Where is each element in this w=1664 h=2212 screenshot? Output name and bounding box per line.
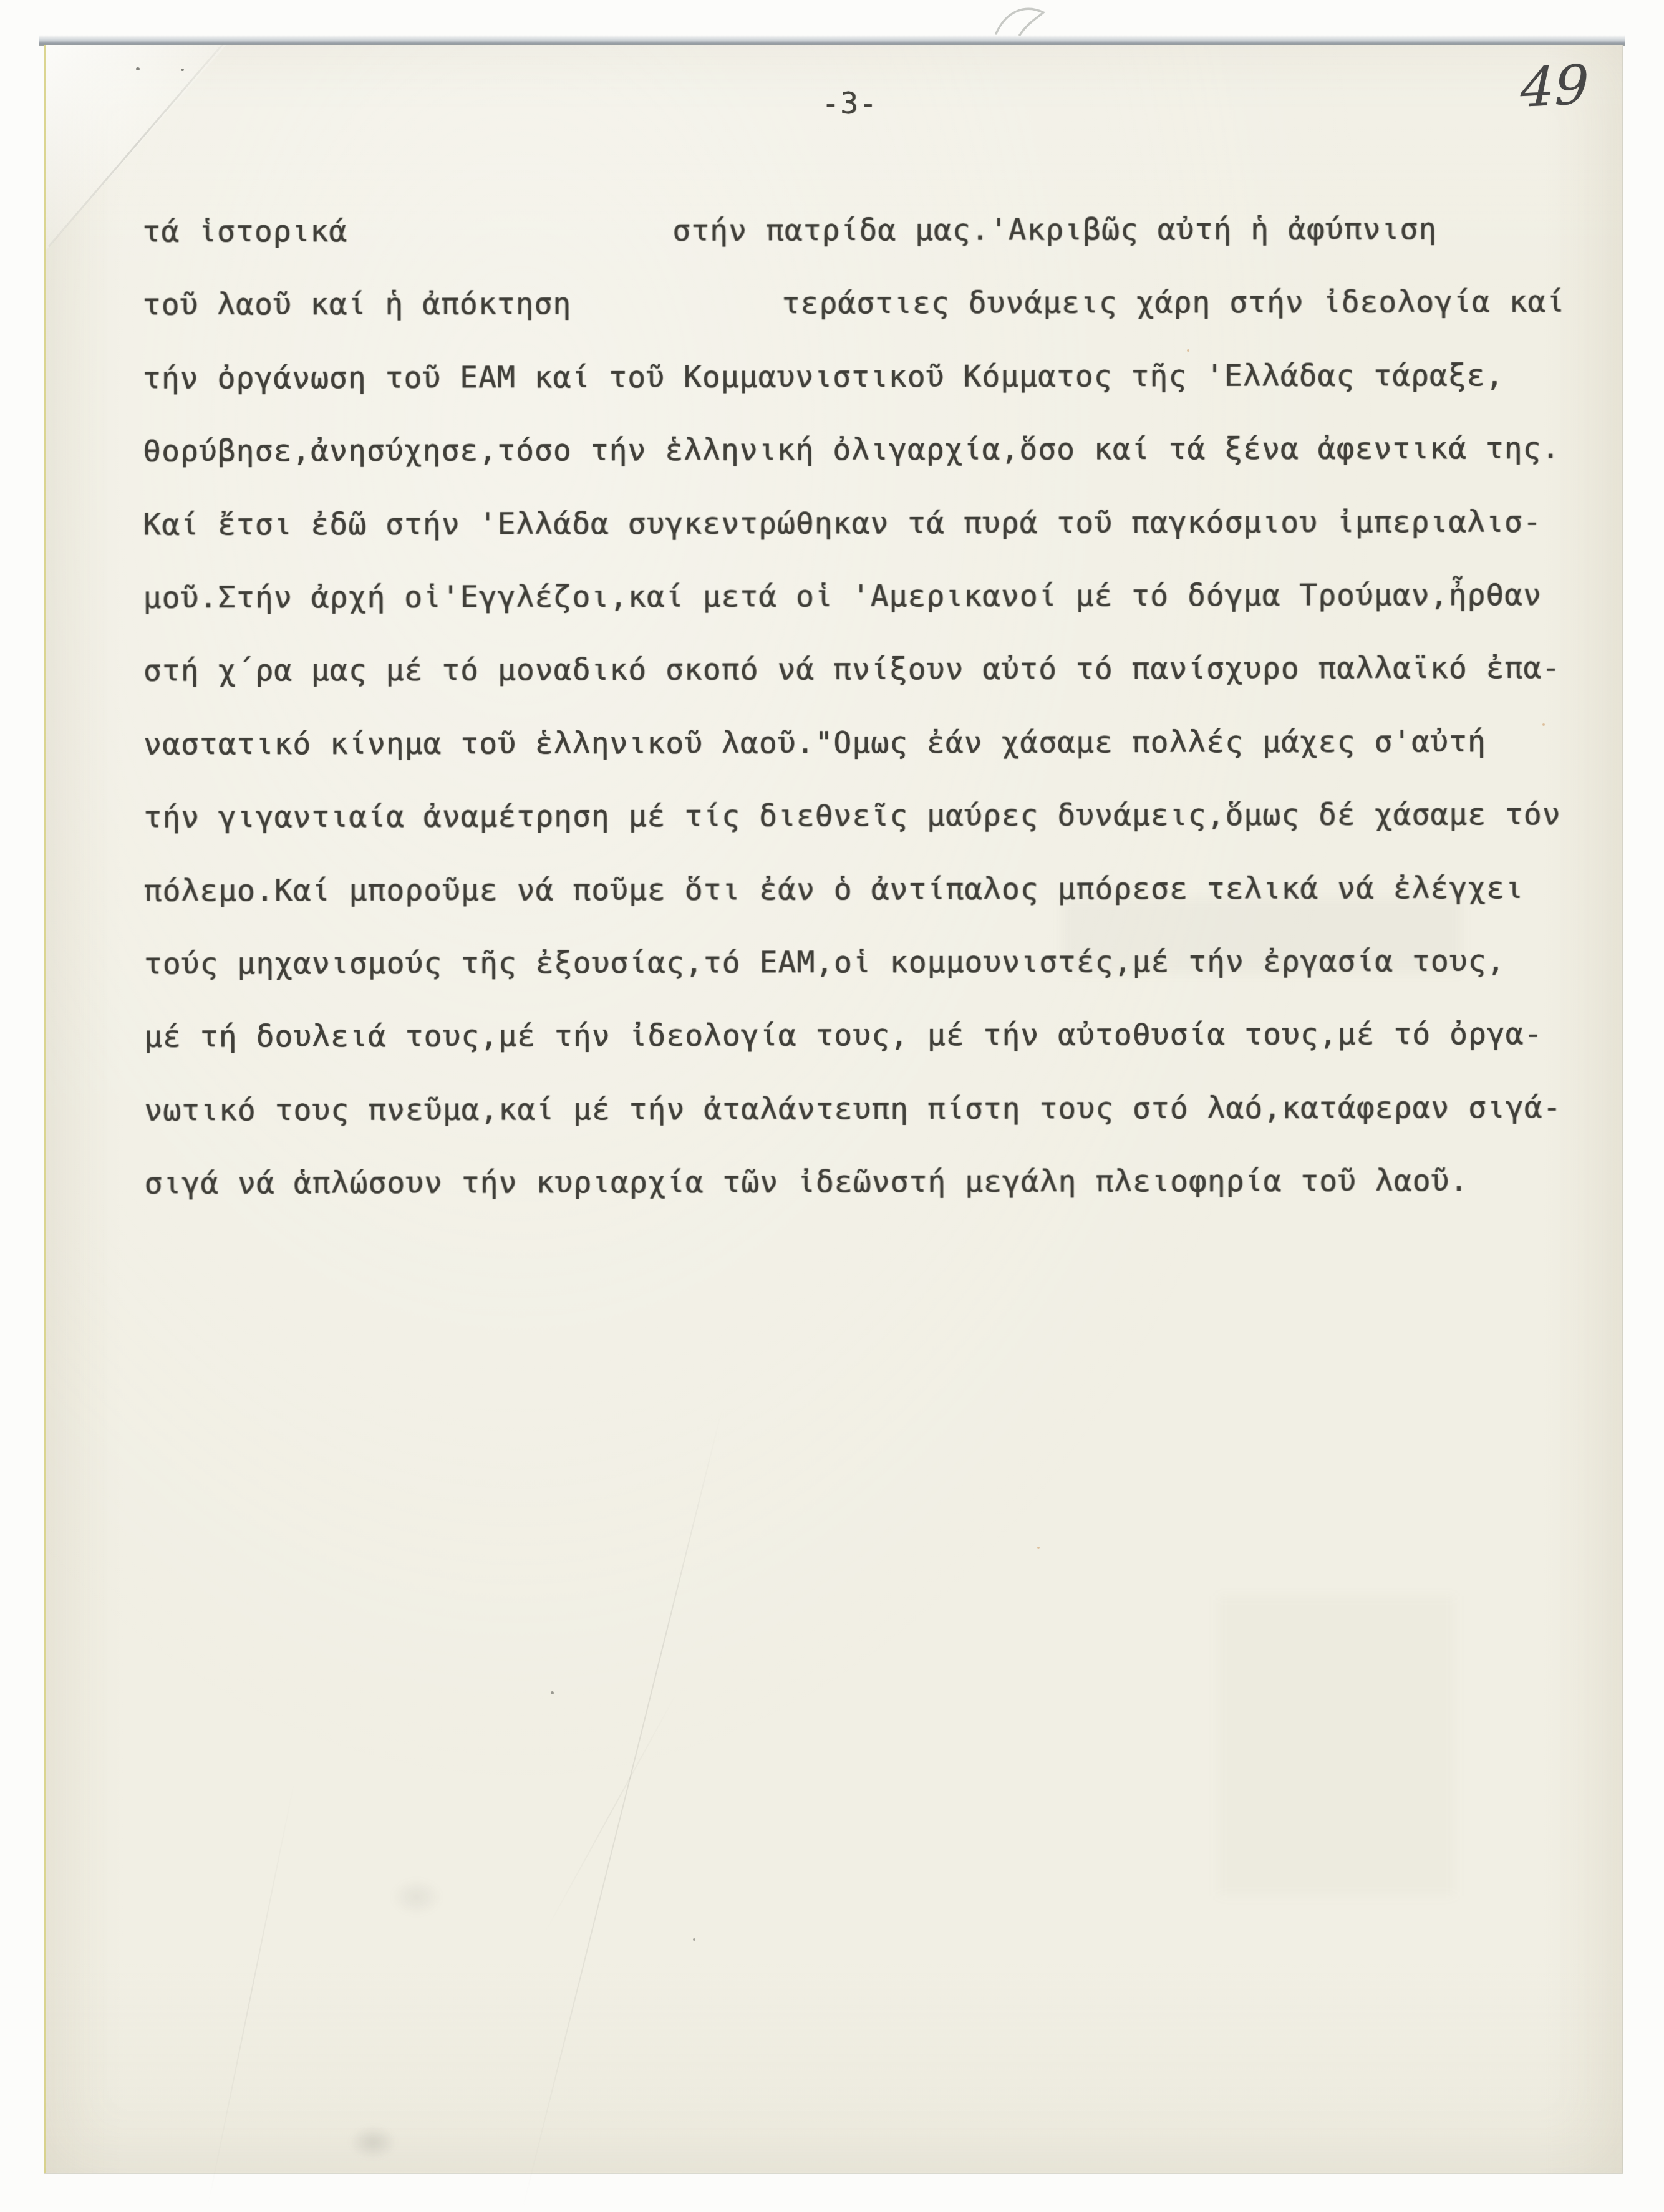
ink-speck: [551, 1691, 554, 1694]
typed-line-segment: τήν γιγαντιαία ἀναμέτρηση μέ τίς διεθνεῖ…: [143, 797, 1560, 835]
typed-line-segment: στήν πατρίδα μας.'Ακριβῶς αὐτή ἡ ἀφύπνισ…: [672, 211, 1437, 248]
typed-line: σιγά νά ἁπλώσουν τήν κυριαρχία τῶν ἰδεῶν…: [144, 1163, 1641, 1239]
paper-smudge: [342, 2120, 404, 2164]
typed-line-segment: τά ἱστορικά: [142, 214, 347, 249]
rust-dot: [1037, 1547, 1040, 1549]
typed-line: τήν γιγαντιαία ἀναμέτρηση μέ τίς διεθνεῖ…: [143, 797, 1640, 873]
typewritten-text-block: τά ἱστορικά στήν πατρίδα μας.'Ακριβῶς αὐ…: [142, 211, 1641, 1239]
typed-line: στή χ΄ρα μας μέ τό μοναδικό σκοπό νά πνί…: [143, 650, 1640, 727]
typed-line: τήν ὀργάνωση τοῦ ΕΑΜ καί τοῦ Κομμαυνιστι…: [143, 357, 1640, 433]
typed-line-segment: σιγά νά ἁπλώσουν τήν κυριαρχία τῶν ἰδεῶν…: [144, 1163, 1468, 1200]
paper-crease: [521, 1406, 723, 2211]
ink-speck: [181, 69, 184, 71]
typed-line: πόλεμο.Καί μποροῦμε νά ποῦμε ὅτι ἐάν ὁ ἀ…: [143, 870, 1640, 946]
ink-speck: [693, 1938, 695, 1941]
paper-crease: [544, 1690, 679, 1934]
typed-line-segment: μέ τή δουλειά τους,μέ τήν ἰδεολογία τους…: [144, 1017, 1543, 1055]
scanned-document-page: -3- 49 τά ἱστορικά στήν πατρίδα μας.'Ακρ…: [0, 0, 1664, 2212]
typed-line-segment: πόλεμο.Καί μποροῦμε νά ποῦμε ὅτι ἐάν ὁ ἀ…: [143, 870, 1524, 908]
typed-line-segment: νωτικό τους πνεῦμα,καί μέ τήν ἀταλάντευπ…: [144, 1089, 1561, 1128]
typed-line-segment: τοῦ λαοῦ καί ἡ ἀπόκτηση: [143, 286, 572, 322]
typed-line-segment: τήν ὀργάνωση τοῦ ΕΑΜ καί τοῦ Κομμαυνιστι…: [143, 358, 1504, 396]
typed-line-segment: τούς μηχανισμούς τῆς ἐξουσίας,τό ΕΑΜ,οἱ …: [144, 944, 1506, 982]
typed-line: τά ἱστορικά στήν πατρίδα μας.'Ακριβῶς αὐ…: [142, 211, 1639, 287]
typed-line: τοῦ λαοῦ καί ἡ ἀπόκτηση τεράστιες δυνάμε…: [143, 284, 1640, 360]
typed-line-segment: τεράστιες δυνάμεις χάρη στήν ἰδεολογία κ…: [782, 284, 1565, 321]
paper-ghost-stain: [1218, 1596, 1455, 1896]
typed-line-segment: ναστατικό κίνημα τοῦ ἑλληνικοῦ λαοῦ."Ομω…: [143, 724, 1486, 762]
paper-smudge: [382, 1872, 451, 1922]
typed-line: μοῦ.Στήν ἀρχή οἱ'Εγγλέζοι,καί μετά οἱ 'Α…: [143, 577, 1640, 653]
ink-speck: [136, 67, 140, 70]
typed-line-segment: Καί ἔτσι ἐδῶ στήν 'Ελλάδα συγκεντρώθηκαν…: [143, 504, 1542, 542]
page-number: -3-: [793, 86, 906, 121]
typed-line: τούς μηχανισμούς τῆς ἐξουσίας,τό ΕΑΜ,οἱ …: [144, 943, 1641, 1019]
typed-line-segment: μοῦ.Στήν ἀρχή οἱ'Εγγλέζοι,καί μετά οἱ 'Α…: [143, 577, 1542, 616]
paper-crease: [207, 1777, 296, 2208]
paper-curl-mark: [995, 2, 1057, 37]
typed-line-segment: θορύβησε,ἀνησύχησε,τόσο τήν ἑλληνική ὀλι…: [143, 431, 1560, 469]
handwritten-folio-number: 49: [1520, 58, 1589, 115]
typed-line-segment: στή χ΄ρα μας μέ τό μοναδικό σκοπό νά πνί…: [143, 650, 1560, 688]
typed-line: ναστατικό κίνημα τοῦ ἑλληνικοῦ λαοῦ."Ομω…: [143, 723, 1640, 799]
typed-line: νωτικό τους πνεῦμα,καί μέ τήν ἀταλάντευπ…: [144, 1089, 1641, 1166]
typed-line: Καί ἔτσι ἐδῶ στήν 'Ελλάδα συγκεντρώθηκαν…: [143, 504, 1640, 580]
typed-line: θορύβησε,ἀνησύχησε,τόσο τήν ἑλληνική ὀλι…: [143, 431, 1640, 507]
typed-line: μέ τή δουλειά τους,μέ τήν ἰδεολογία τους…: [144, 1017, 1641, 1093]
